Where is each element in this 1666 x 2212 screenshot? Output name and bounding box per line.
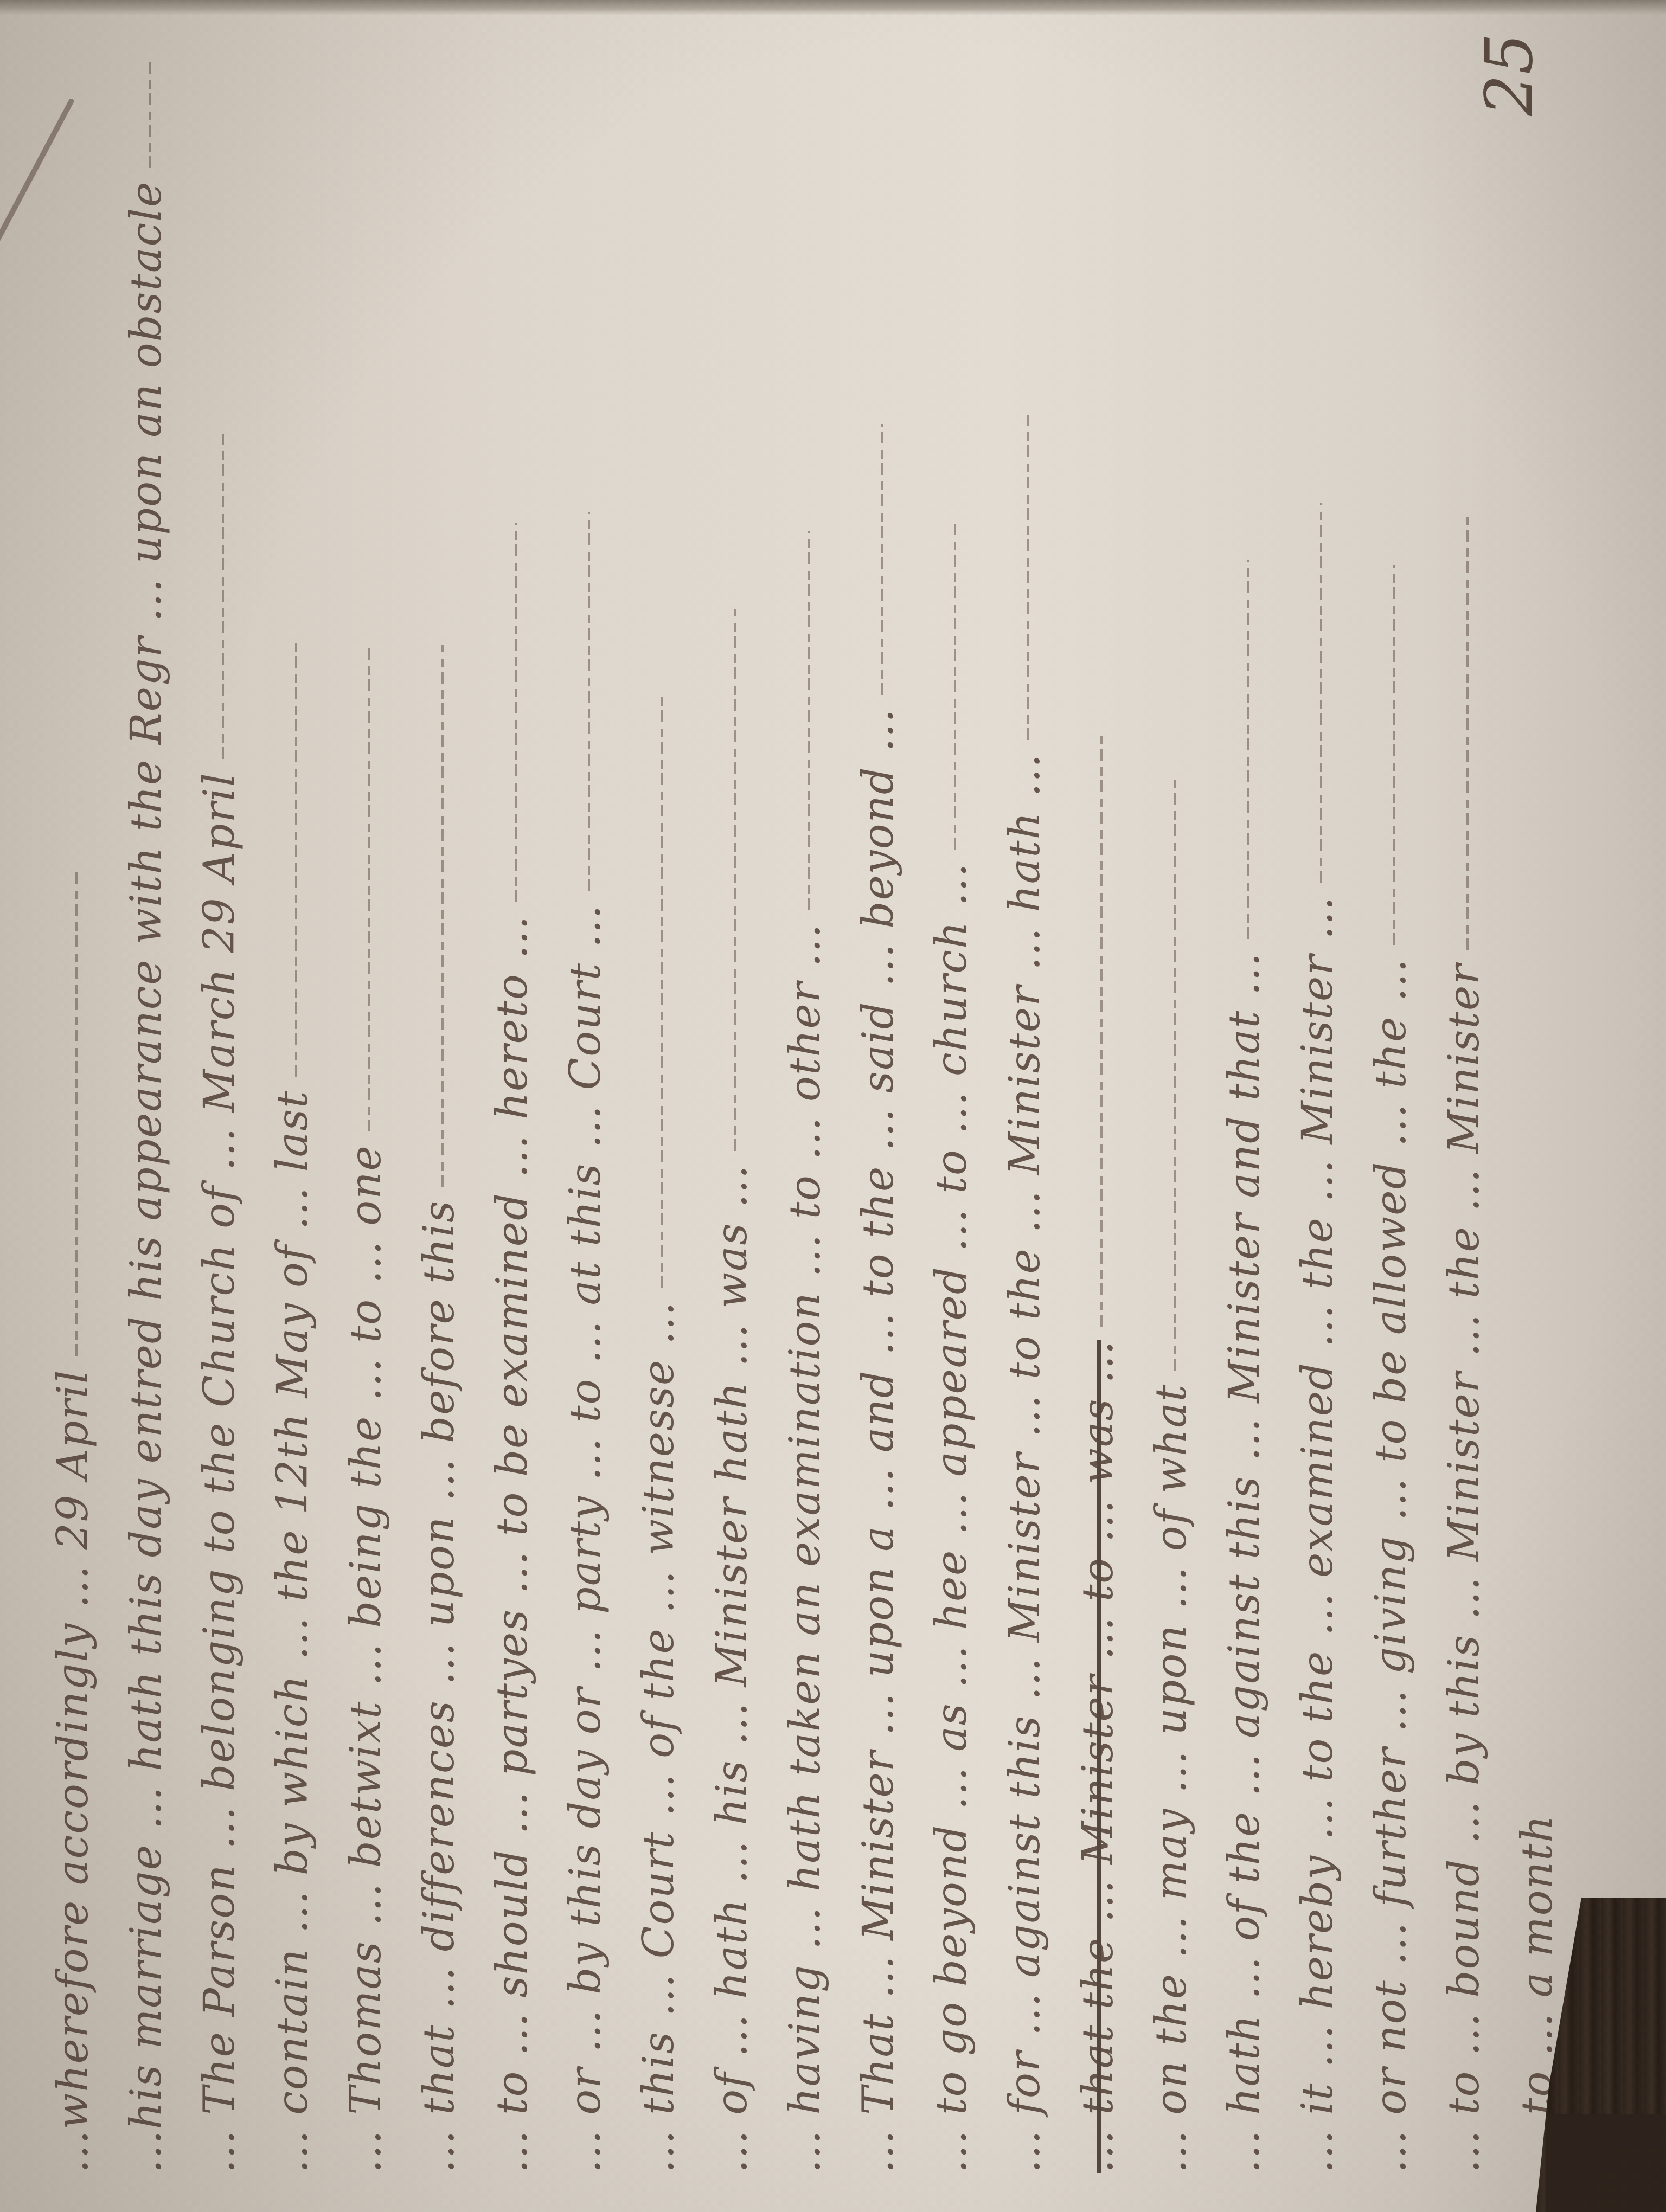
text-line: ... this ... Court ... of the ... witnes… bbox=[618, 59, 700, 2173]
text-line: ... to ... bound ... by this ... Ministe… bbox=[1424, 59, 1505, 2173]
wooden-table-corner bbox=[1546, 2114, 1666, 2212]
text-line: ... That ... Minister ... upon a ... and… bbox=[838, 59, 919, 2173]
text-line: ... contain ... by which ... the 12th Ma… bbox=[252, 59, 334, 2173]
text-line: ... or not ... further ... giving ... to… bbox=[1350, 59, 1432, 2173]
text-line: ... it ... hereby ... to the ... examine… bbox=[1277, 59, 1359, 2173]
text-line: ... The Parson ... belonging to the Chur… bbox=[179, 59, 260, 2173]
text-line: ...wherefore accordingly ... 29 April bbox=[33, 59, 114, 2173]
text-line: ... Thomas ... betwixt ... being the ...… bbox=[325, 59, 407, 2173]
folio-number: 25 bbox=[1472, 33, 1547, 116]
manuscript-page: ...wherefore accordingly ... 29 April ..… bbox=[0, 15, 1616, 2212]
manuscript-photo: ...wherefore accordingly ... 29 April ..… bbox=[0, 0, 1666, 2212]
text-line: ... to go beyond ... as ... hee ... appe… bbox=[911, 59, 992, 2173]
text-line: ... of ... hath ... his ... Minister hat… bbox=[691, 59, 773, 2173]
text-line: ... for ... against this ... Minister ..… bbox=[984, 59, 1066, 2173]
handwritten-text-block: ...wherefore accordingly ... 29 April ..… bbox=[33, 59, 1605, 2173]
text-line: ... to ... a month bbox=[1497, 59, 1578, 2173]
text-line: ...his marriage ... hath this day entred… bbox=[106, 59, 187, 2173]
text-line: ... having ... hath taken an examination… bbox=[765, 59, 846, 2173]
text-line: ... hath ... of the ... against this ...… bbox=[1204, 59, 1285, 2173]
text-line: ... or ... by this day or ... party ... … bbox=[545, 59, 626, 2173]
text-line: ... on the ... may ... upon ... of what bbox=[1131, 59, 1212, 2173]
text-line-struck: ... that the ... Minister ... to ... was… bbox=[1058, 59, 1139, 2173]
page-binding-edge bbox=[0, 0, 1666, 15]
text-line: ... that ... differences ... upon ... be… bbox=[399, 59, 480, 2173]
text-line: ... to ... should ... partyes ... to be … bbox=[472, 59, 553, 2173]
